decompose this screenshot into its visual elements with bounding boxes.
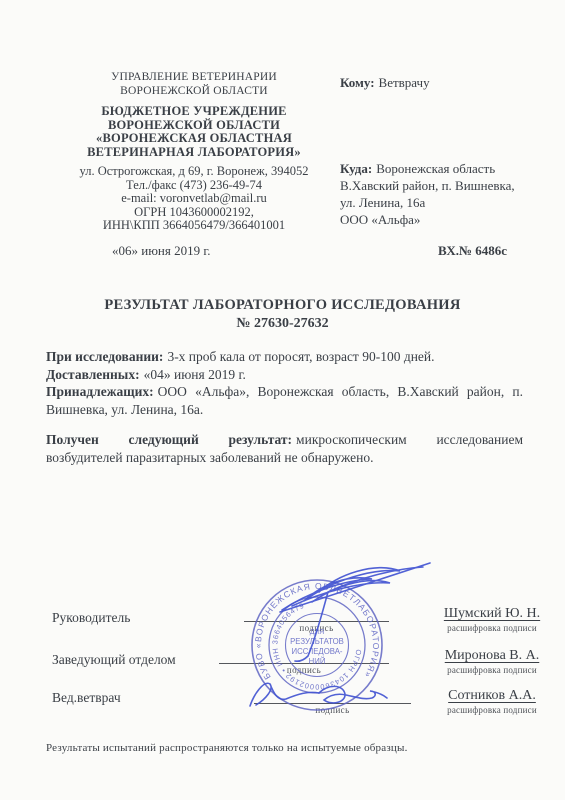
destination-line: В.Хавский район, п. Вишневка, [340,177,515,194]
title-line: РЕЗУЛЬТАТ ЛАБОРАТОРНОГО ИССЛЕДОВАНИЯ [0,297,565,314]
result-paragraph: Получен следующий результат:микроскопиче… [46,431,523,466]
delivered-value: «04» июня 2019 г. [144,367,246,382]
authority-line: УПРАВЛЕНИЕ ВЕТЕРИНАРИИ [50,70,338,84]
signer-name: Сотников А.А. [437,688,547,704]
signer-name: Шумский Ю. Н. [437,606,547,622]
destination-block: Куда:Воронежская область В.Хавский район… [340,160,515,228]
destination-line: ООО «Альфа» [340,211,515,228]
footer-disclaimer: Результаты испытаний распространяются то… [46,742,408,754]
organization-line: БЮДЖЕТНОЕ УЧРЕЖДЕНИЕ [50,105,338,119]
round-stamp: БУВО «ВОРОНЕЖСКАЯ ОБЛВЕТЛАБОРАТОРИЯ» ОГР… [224,548,440,720]
signer-name-caption: расшифровка подписи [437,705,547,715]
delivered-paragraph: Доставленных:«04» июня 2019 г. [46,366,523,384]
document-date: «06» июня 2019 г. [112,243,210,259]
authority-name: УПРАВЛЕНИЕ ВЕТЕРИНАРИИ ВОРОНЕЖСКОЙ ОБЛАС… [50,70,338,98]
phone-line: Тел./факс (473) 236-49-74 [50,179,338,193]
result-label: Получен следующий результат: [46,432,292,447]
organization-line: «ВОРОНЕЖСКАЯ ОБЛАСТНАЯ [50,132,338,146]
destination-line: ул. Ленина, 16а [340,194,515,211]
signer-name-caption: расшифровка подписи [437,665,547,675]
signer-name-caption: расшифровка подписи [437,623,547,633]
sender-block: УПРАВЛЕНИЕ ВЕТЕРИНАРИИ ВОРОНЕЖСКОЙ ОБЛАС… [50,70,338,233]
inn-kpp-line: ИНН\КПП 3664056479/366401001 [50,219,338,233]
research-label: При исследовании: [46,349,163,364]
svg-text:РЕЗУЛЬТАТОВ: РЕЗУЛЬТАТОВ [290,637,344,646]
organization-line: ВОРОНЕЖСКОЙ ОБЛАСТИ [50,119,338,133]
research-value: 3-х проб кала от поросят, возраст 90-100… [167,349,434,364]
email-line: e-mail: voronvetlab@mail.ru [50,192,338,206]
research-paragraph: При исследовании:3-х проб кала от порося… [46,348,523,366]
where-label: Куда: [340,161,372,176]
organization-name: БЮДЖЕТНОЕ УЧРЕЖДЕНИЕ ВОРОНЕЖСКОЙ ОБЛАСТИ… [50,105,338,159]
document-page: УПРАВЛЕНИЕ ВЕТЕРИНАРИИ ВОРОНЕЖСКОЙ ОБЛАС… [0,0,565,800]
delivered-label: Доставленных: [46,367,140,382]
address-line: ул. Острогожская, д 69, г. Воронеж, 3940… [50,165,338,179]
document-body: При исследовании:3-х проб кала от порося… [46,348,523,466]
to-label: Кому: [340,75,375,90]
signer-position-director: Руководитель [52,610,130,626]
organization-contacts: ул. Острогожская, д 69, г. Воронеж, 3940… [50,165,338,233]
authority-line: ВОРОНЕЖСКОЙ ОБЛАСТИ [50,84,338,98]
svg-text:ИССЛЕДОВА-: ИССЛЕДОВА- [291,647,342,656]
svg-text:НИЙ: НИЙ [309,657,326,666]
signer-name-block: Миронова В. А. расшифровка подписи [437,648,547,675]
signer-position-lead-vet: Вед.ветврач [52,690,121,706]
signer-position-head-of-department: Заведующий отделом [52,652,176,668]
recipient-block: Кому:Ветврачу [340,75,430,91]
signer-name-block: Шумский Ю. Н. расшифровка подписи [437,606,547,633]
signer-name: Миронова В. А. [437,648,547,664]
signer-name-block: Сотников А.А. расшифровка подписи [437,688,547,715]
belongs-paragraph: Принадлежащих:ООО «Альфа», Воронежская о… [46,383,523,418]
ogrn-line: ОГРН 1043600002192, [50,206,338,220]
where-value: Воронежская область [376,161,495,176]
document-title: РЕЗУЛЬТАТ ЛАБОРАТОРНОГО ИССЛЕДОВАНИЯ № 2… [0,297,565,332]
organization-line: ВЕТЕРИНАРНАЯ ЛАБОРАТОРИЯ» [50,146,338,160]
title-number: № 27630-27632 [0,316,565,332]
belongs-label: Принадлежащих: [46,384,154,399]
to-value: Ветврачу [379,75,430,90]
incoming-number: ВХ.№ 6486с [438,243,507,259]
